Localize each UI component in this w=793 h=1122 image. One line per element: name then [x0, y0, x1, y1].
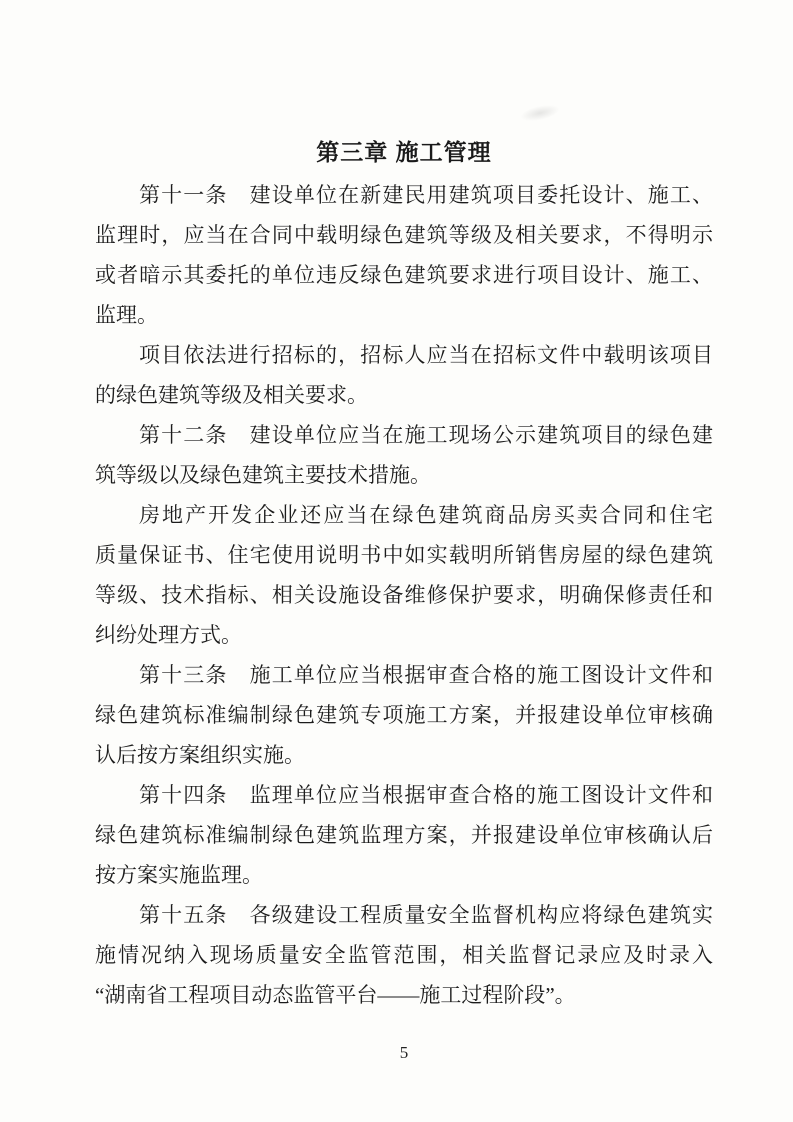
- scan-smudge-artifact: [519, 102, 561, 124]
- page-number: 5: [95, 1043, 713, 1063]
- text-line: 或者暗示其委托的单位违反绿色建筑要求进行项目设计、施工、: [95, 255, 713, 295]
- paragraph: 项目依法进行招标的，招标人应当在招标文件中载明该项目的绿色建筑等级及相关要求。: [95, 335, 713, 415]
- text-line: 绿色建筑标准编制绿色建筑监理方案，并报建设单位审核确认后: [95, 815, 713, 855]
- paragraph: 第十一条 建设单位在新建民用建筑项目委托设计、施工、监理时，应当在合同中载明绿色…: [95, 175, 713, 335]
- text-line: 第十四条 监理单位应当根据审查合格的施工图设计文件和: [95, 775, 713, 815]
- text-line: 纠纷处理方式。: [95, 615, 713, 655]
- paragraph: 第十四条 监理单位应当根据审查合格的施工图设计文件和绿色建筑标准编制绿色建筑监理…: [95, 775, 713, 895]
- text-line: 施情况纳入现场质量安全监管范围，相关监督记录应及时录入: [95, 935, 713, 975]
- text-line: 按方案实施监理。: [95, 855, 713, 895]
- document-page: 第三章 施工管理 第十一条 建设单位在新建民用建筑项目委托设计、施工、监理时，应…: [0, 0, 793, 1122]
- text-line: 筑等级以及绿色建筑主要技术措施。: [95, 455, 713, 495]
- text-line: 房地产开发企业还应当在绿色建筑商品房买卖合同和住宅: [95, 495, 713, 535]
- text-line: 绿色建筑标准编制绿色建筑专项施工方案，并报建设单位审核确: [95, 695, 713, 735]
- paragraph: 房地产开发企业还应当在绿色建筑商品房买卖合同和住宅质量保证书、住宅使用说明书中如…: [95, 495, 713, 655]
- text-line: “湖南省工程项目动态监管平台——施工过程阶段”。: [95, 975, 713, 1015]
- paragraph: 第十五条 各级建设工程质量安全监督机构应将绿色建筑实施情况纳入现场质量安全监管范…: [95, 895, 713, 1015]
- text-line: 的绿色建筑等级及相关要求。: [95, 375, 713, 415]
- text-line: 第十二条 建设单位应当在施工现场公示建筑项目的绿色建: [95, 415, 713, 455]
- chapter-title: 第三章 施工管理: [95, 138, 713, 166]
- paragraph: 第十二条 建设单位应当在施工现场公示建筑项目的绿色建筑等级以及绿色建筑主要技术措…: [95, 415, 713, 495]
- text-line: 第十五条 各级建设工程质量安全监督机构应将绿色建筑实: [95, 895, 713, 935]
- text-line: 项目依法进行招标的，招标人应当在招标文件中载明该项目: [95, 335, 713, 375]
- text-line: 等级、技术指标、相关设施设备维修保护要求，明确保修责任和: [95, 575, 713, 615]
- document-body: 第十一条 建设单位在新建民用建筑项目委托设计、施工、监理时，应当在合同中载明绿色…: [95, 175, 713, 1015]
- text-line: 认后按方案组织实施。: [95, 735, 713, 775]
- text-line: 第十一条 建设单位在新建民用建筑项目委托设计、施工、: [95, 175, 713, 215]
- text-line: 第十三条 施工单位应当根据审查合格的施工图设计文件和: [95, 655, 713, 695]
- text-line: 监理。: [95, 295, 713, 335]
- text-line: 监理时，应当在合同中载明绿色建筑等级及相关要求，不得明示: [95, 215, 713, 255]
- text-line: 质量保证书、住宅使用说明书中如实载明所销售房屋的绿色建筑: [95, 535, 713, 575]
- paragraph: 第十三条 施工单位应当根据审查合格的施工图设计文件和绿色建筑标准编制绿色建筑专项…: [95, 655, 713, 775]
